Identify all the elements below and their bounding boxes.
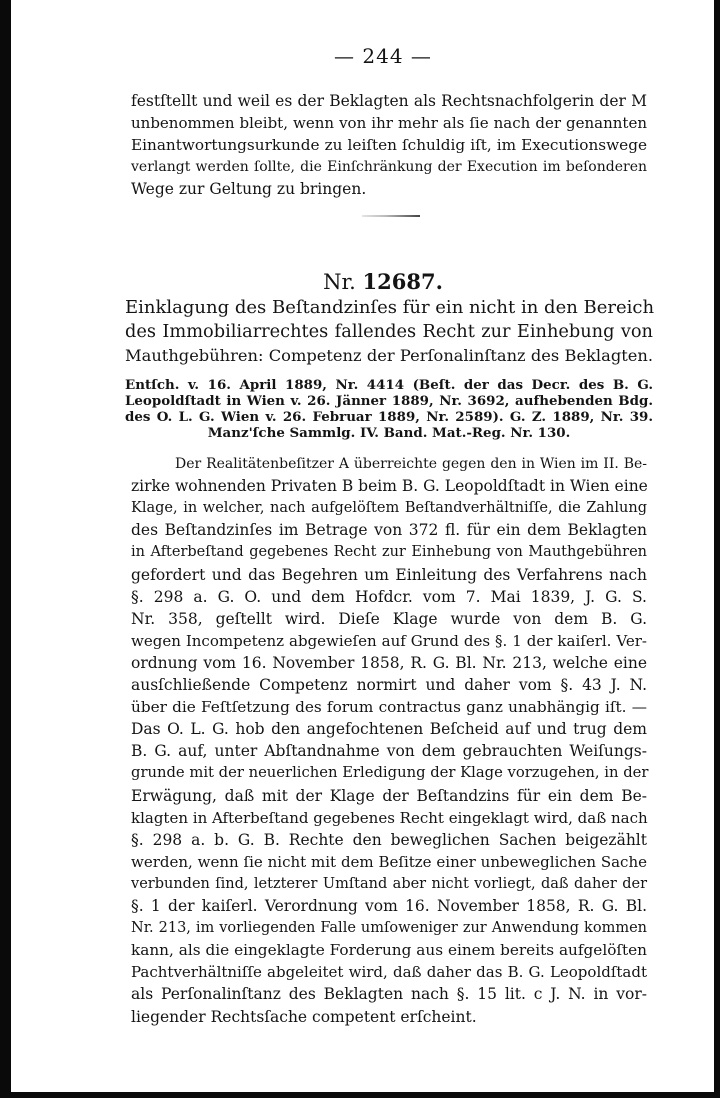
- text-line: als Perſonalinſtanz des Beklagten nach §…: [131, 984, 647, 1004]
- text-line: unbenommen bleibt, wenn von ihr mehr als…: [131, 113, 647, 133]
- text-line: Nr. 213, im vorliegenden Falle umſowenig…: [131, 918, 647, 938]
- citation-line: Manz'ſche Sammlg. IV. Band. Mat.-Reg. Nr…: [125, 425, 653, 441]
- article-number: Nr. 12687.: [0, 269, 720, 294]
- title-line: des Immobiliarrechtes fallendes Recht zu…: [125, 320, 653, 344]
- section-separator: [362, 215, 420, 217]
- scan-border-right: [714, 0, 720, 1098]
- citation-line: Leopoldſtadt in Wien v. 26. Jänner 1889,…: [125, 393, 653, 409]
- text-line: verlangt werden ſollte, die Einſchränkun…: [131, 157, 647, 177]
- text-line: Der Realitätenbeſitzer A überreichte geg…: [175, 454, 647, 474]
- title-line: Einklagung des Beſtandzinſes für ein nic…: [125, 296, 653, 320]
- citation-line: des O. L. G. Wien v. 26. Februar 1889, N…: [125, 409, 653, 425]
- scan-border-bottom: [0, 1092, 720, 1098]
- text-line: über die Feſtſetzung des forum contractu…: [131, 697, 647, 717]
- text-line: ausſchließende Competenz normirt und dah…: [131, 675, 647, 695]
- text-line: Pachtverhältniſſe abgeleitet wird, daß d…: [131, 962, 647, 982]
- citation-line: Entſch. v. 16. April 1889, Nr. 4414 (Beſ…: [125, 377, 653, 393]
- text-line: Klage, in welcher, nach aufgelöſtem Beſt…: [131, 498, 647, 518]
- text-line: Nr. 358, geſtellt wird. Dieſe Klage wurd…: [131, 609, 647, 629]
- text-line: B. G. auf, unter Abſtandnahme von dem ge…: [131, 741, 647, 761]
- text-line: klagten in Afterbeſtand gegebenes Recht …: [131, 808, 647, 828]
- text-line: festſtellt und weil es der Beklagten als…: [131, 91, 647, 111]
- text-line: Erwägung, daß mit der Klage der Beſtandz…: [131, 786, 647, 806]
- text-line: verbunden ſind, letzterer Umſtand aber n…: [131, 874, 647, 894]
- text-line: zirke wohnenden Privaten B beim B. G. Le…: [131, 476, 647, 496]
- text-line: §. 298 a. G. O. und dem Hofdcr. vom 7. M…: [131, 587, 647, 607]
- text-line: des Beſtandzinſes im Betrage von 372 fl.…: [131, 520, 647, 540]
- text-line: in Afterbeſtand gegebenes Recht zur Einh…: [131, 542, 647, 562]
- text-line: §. 298 a. b. G. B. Rechte den bewegliche…: [131, 830, 647, 850]
- text-line: grunde mit der neuerlichen Erledigung de…: [131, 763, 647, 783]
- text-line: Das O. L. G. hob den angefochtenen Beſch…: [131, 719, 647, 739]
- text-line: kann, als die eingeklagte Forderung aus …: [131, 940, 647, 960]
- title-line: Mauthgebühren: Competenz der Perſonalinſ…: [125, 344, 653, 368]
- article-number-value: 12687.: [363, 269, 443, 294]
- text-line: liegender Rechtsſache competent erſchein…: [131, 1007, 647, 1027]
- text-line: werden, wenn ſie nicht mit dem Beſitze e…: [131, 852, 647, 872]
- text-line: Wege zur Geltung zu bringen.: [131, 179, 647, 199]
- text-line: Einantwortungsurkunde zu leiſten ſchuldi…: [131, 135, 647, 155]
- text-line: wegen Incompetenz abgewieſen auf Grund d…: [131, 631, 647, 651]
- scan-border-left: [0, 0, 11, 1098]
- text-line: gefordert und das Begehren um Einleitung…: [131, 565, 647, 585]
- text-line: ordnung vom 16. November 1858, R. G. Bl.…: [131, 653, 647, 673]
- page-number: — 244 —: [0, 44, 720, 68]
- text-line: §. 1 der kaiſerl. Verordnung vom 16. Nov…: [131, 896, 647, 916]
- article-number-label: Nr.: [323, 270, 356, 294]
